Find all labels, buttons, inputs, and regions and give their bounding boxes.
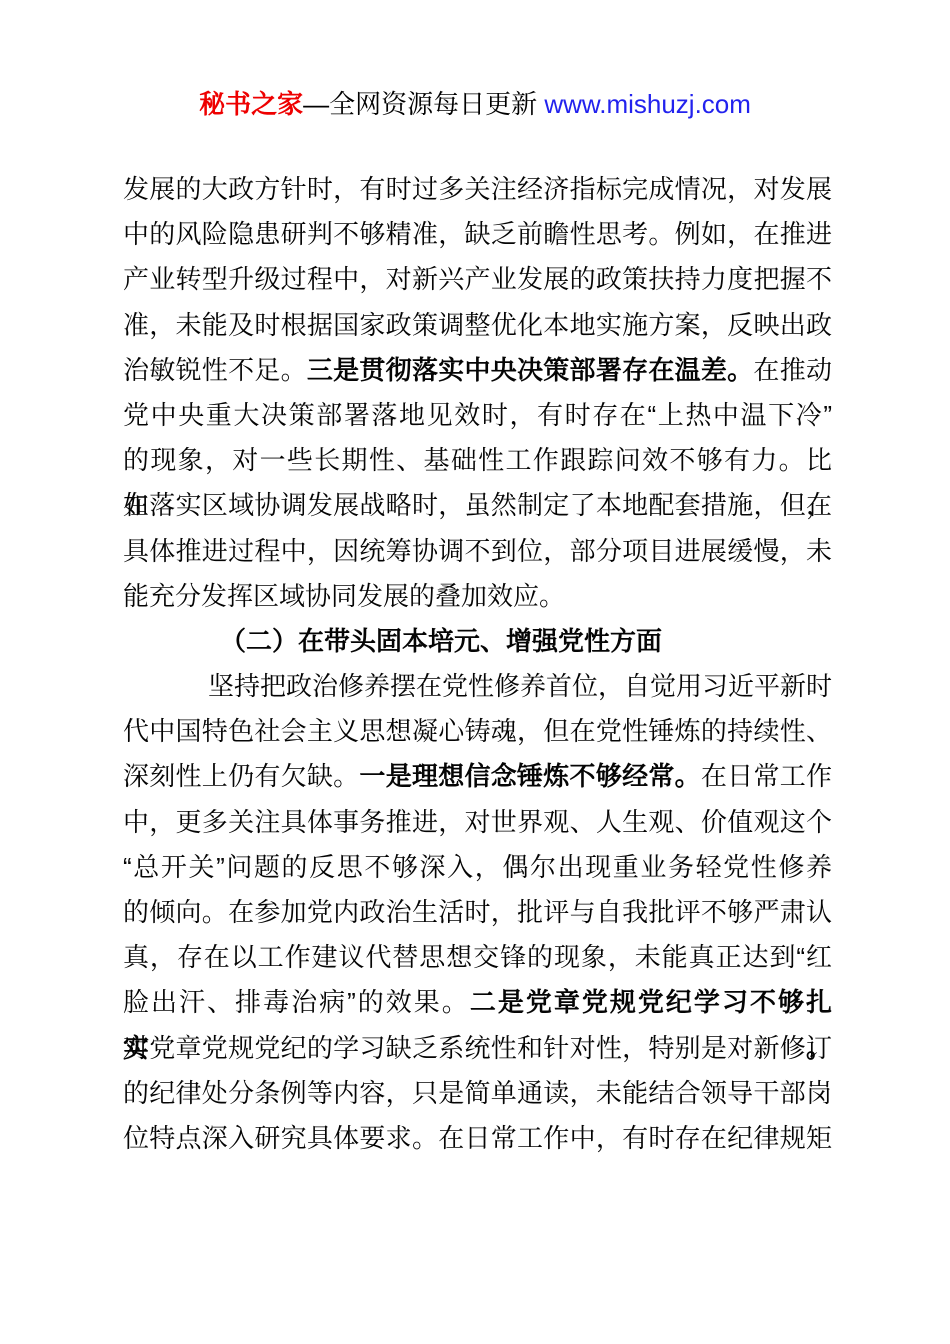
body-text-line: 位特点深入研究具体要求。在日常工作中，有时存在纪律规矩 (123, 1116, 832, 1161)
text-segment: 治敏锐性不足。 (123, 355, 307, 385)
body-text-line: 的倾向。在参加党内政治生活时，批评与自我批评不够严肃认 (123, 890, 832, 935)
text-segment: 的纪律处分条例等内容，只是简单通读，未能结合领导干部岗 (123, 1078, 832, 1108)
body-text-line: 脸出汗、排毒治病”的效果。二是党章党规党纪学习不够扎实。 (123, 980, 832, 1025)
body-text-line: 坚持把政治修养摆在党性修养首位，自觉用习近平新时 (123, 664, 832, 709)
body-text-line: 的现象，对一些长期性、基础性工作跟踪问效不够有力。比如， (123, 438, 832, 483)
body-text-line: 产业转型升级过程中，对新兴产业发展的政策扶持力度把握不 (123, 257, 832, 302)
site-tagline: —全网资源每日更新 (303, 89, 544, 119)
text-segment: 脸出汗、排毒治病”的效果。 (123, 987, 470, 1017)
text-segment: 坚持把政治修养摆在党性修养首位，自觉用习近平新时 (208, 671, 832, 701)
body-text-line: 党中央重大决策部署落地见效时，有时存在“上热中温下冷” (123, 393, 832, 438)
text-segment: 对党章党规党纪的学习缺乏系统性和针对性，特别是对新修订 (123, 1033, 832, 1063)
body-text-line: 具体推进过程中，因统筹协调不到位，部分项目进展缓慢，未 (123, 529, 832, 574)
text-segment: 在落实区域协调发展战略时，虽然制定了本地配套措施，但在 (123, 490, 832, 520)
text-segment: 位特点深入研究具体要求。在日常工作中，有时存在纪律规矩 (123, 1123, 832, 1153)
body-text-line: 代中国特色社会主义思想凝心铸魂，但在党性锤炼的持续性、 (123, 709, 832, 754)
body-text-line: 中，更多关注具体事务推进，对世界观、人生观、价值观这个 (123, 800, 832, 845)
section-heading: （二）在带头固本培元、增强党性方面 (220, 619, 832, 664)
text-segment: 深刻性上仍有欠缺。 (123, 761, 359, 791)
body-text-line: 真，存在以工作建议代替思想交锋的现象，未能真正达到“红 (123, 935, 832, 980)
text-segment: 产业转型升级过程中，对新兴产业发展的政策扶持力度把握不 (123, 264, 832, 294)
body-text-line: “总开关”问题的反思不够深入，偶尔出现重业务轻党性修养 (123, 845, 832, 890)
document-body: 发展的大政方针时，有时过多关注经济指标完成情况，对发展中的风险隐患研判不够精准，… (123, 167, 832, 1161)
text-segment: 在推动 (753, 355, 832, 385)
text-segment: 的倾向。在参加党内政治生活时，批评与自我批评不够严肃认 (123, 897, 832, 927)
site-url[interactable]: www.mishuzj.com (544, 89, 751, 119)
emphasis-text: （二）在带头固本培元、增强党性方面 (220, 626, 662, 656)
text-segment: 具体推进过程中，因统筹协调不到位，部分项目进展缓慢，未 (123, 536, 832, 566)
text-segment: 代中国特色社会主义思想凝心铸魂，但在党性锤炼的持续性、 (123, 716, 832, 746)
body-text-line: 治敏锐性不足。三是贯彻落实中央决策部署存在温差。在推动 (123, 348, 832, 393)
body-text-line: 在落实区域协调发展战略时，虽然制定了本地配套措施，但在 (123, 483, 832, 528)
text-segment: 党中央重大决策部署落地见效时，有时存在“上热中温下冷” (123, 400, 832, 430)
body-text-line: 准，未能及时根据国家政策调整优化本地实施方案，反映出政 (123, 303, 832, 348)
body-text-line: 中的风险隐患研判不够精准，缺乏前瞻性思考。例如，在推进 (123, 212, 832, 257)
text-segment: 准，未能及时根据国家政策调整优化本地实施方案，反映出政 (123, 310, 832, 340)
body-text-line: 的纪律处分条例等内容，只是简单通读，未能结合领导干部岗 (123, 1071, 832, 1116)
text-segment: 能充分发挥区域协同发展的叠加效应。 (123, 581, 565, 611)
text-segment: 发展的大政方针时，有时过多关注经济指标完成情况，对发展 (123, 174, 832, 204)
emphasis-text: 一是理想信念锤炼不够经常。 (359, 761, 700, 791)
body-text-line: 发展的大政方针时，有时过多关注经济指标完成情况，对发展 (123, 167, 832, 212)
site-name: 秘书之家 (199, 89, 303, 119)
text-segment: 在日常工作 (701, 761, 832, 791)
document-page: 秘书之家—全网资源每日更新 www.mishuzj.com 发展的大政方针时，有… (0, 0, 950, 1344)
emphasis-text: 三是贯彻落实中央决策部署存在温差。 (307, 355, 754, 385)
text-segment: 中，更多关注具体事务推进，对世界观、人生观、价值观这个 (123, 807, 832, 837)
body-text-line: 能充分发挥区域协同发展的叠加效应。 (123, 574, 832, 619)
body-text-line: 对党章党规党纪的学习缺乏系统性和针对性，特别是对新修订 (123, 1026, 832, 1071)
page-header: 秘书之家—全网资源每日更新 www.mishuzj.com (0, 86, 950, 122)
body-text-line: 深刻性上仍有欠缺。一是理想信念锤炼不够经常。在日常工作 (123, 754, 832, 799)
text-segment: 中的风险隐患研判不够精准，缺乏前瞻性思考。例如，在推进 (123, 219, 832, 249)
text-segment: “总开关”问题的反思不够深入，偶尔出现重业务轻党性修养 (123, 852, 832, 882)
text-segment: 真，存在以工作建议代替思想交锋的现象，未能真正达到“红 (123, 942, 832, 972)
